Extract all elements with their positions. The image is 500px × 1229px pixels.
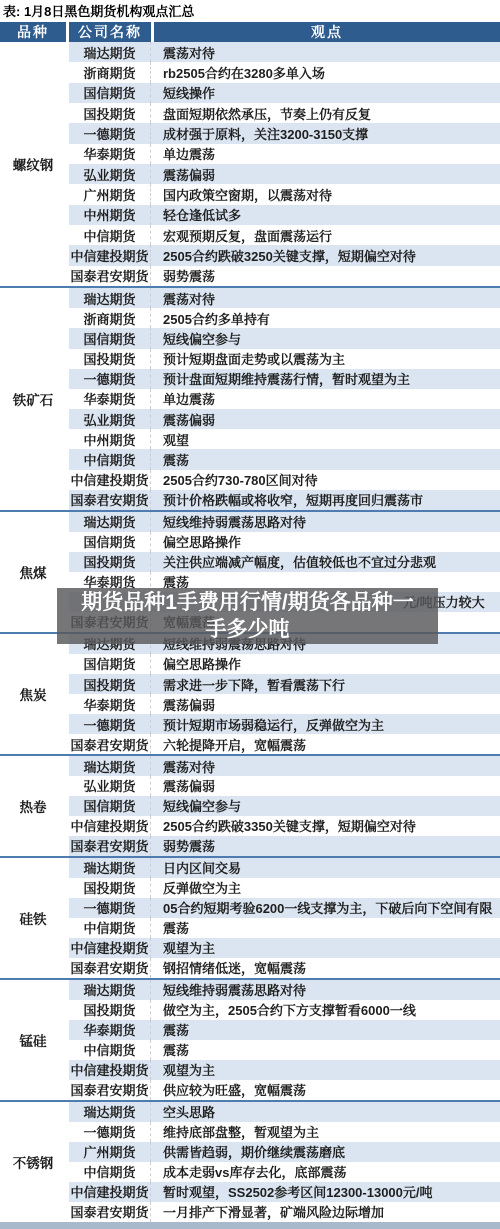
table-header: 品种 公司名称 观点 — [0, 22, 500, 42]
company-cell: 国信期货 — [69, 83, 151, 103]
company-cell: 一德期货 — [69, 1122, 151, 1142]
opinion-cell: 震荡 — [151, 1040, 500, 1060]
company-cell: 中信建投期货 — [69, 816, 151, 836]
opinion-cell: 预计盘面短期维持震荡行情，暂时观望为主 — [151, 369, 500, 389]
futures-opinion-table-image: 表: 1月8日黑色期货机构观点汇总 品种 公司名称 观点 螺纹钢瑞达期货震荡对待… — [0, 0, 500, 1229]
opinion-cell: 震荡偏弱 — [151, 409, 500, 429]
table-row: 华泰期货单边震荡 — [69, 389, 500, 409]
opinion-cell: 震荡偏弱 — [151, 776, 500, 796]
company-cell: 中信建投期货 — [69, 938, 151, 958]
company-cell: 国投期货 — [69, 349, 151, 369]
opinion-cell: 震荡对待 — [151, 42, 500, 62]
opinion-cell: 2505合约730-780区间对待 — [151, 470, 500, 490]
opinion-cell: 2505合约跌破3350关键支撑，短期偏空对待 — [151, 816, 500, 836]
variety-group: 锰硅瑞达期货短线维持弱震荡思路对待国投期货做空为主，2505合约下方支撑暂看60… — [0, 978, 500, 1100]
company-cell: 国投期货 — [69, 1000, 151, 1020]
company-cell: 中信期货 — [69, 918, 151, 938]
opinion-cell: 偏空思路操作 — [151, 654, 500, 674]
company-cell: 中信期货 — [69, 225, 151, 245]
table-row: 广州期货国内政策空窗期，以震荡对待 — [69, 184, 500, 204]
company-cell: 瑞达期货 — [69, 42, 151, 62]
table-row: 浙商期货2505合约多单持有 — [69, 308, 500, 328]
company-cell: 瑞达期货 — [69, 288, 151, 308]
table-row: 一德期货成材强于原料，关注3200-3150支撑 — [69, 123, 500, 143]
watermark-line1: 期货品种1手费用行情/期货各品种一 — [81, 589, 414, 616]
company-cell: 国信期货 — [69, 532, 151, 552]
table-row: 中信期货震荡 — [69, 1040, 500, 1060]
opinion-cell: 维持底部盘整，暂观望为主 — [151, 1122, 500, 1142]
opinion-cell: 轻仓逢低试多 — [151, 205, 500, 225]
table-row: 瑞达期货短线维持弱震荡思路对待 — [69, 980, 500, 1000]
company-cell: 中信期货 — [69, 1040, 151, 1060]
opinion-cell: 2505合约多单持有 — [151, 308, 500, 328]
opinion-cell: 预计短期市场弱稳运行，反弹做空为主 — [151, 714, 500, 734]
group-rows: 瑞达期货震荡对待浙商期货2505合约多单持有国信期货短线偏空参与国投期货预计短期… — [66, 288, 500, 510]
company-cell: 瑞达期货 — [69, 512, 151, 532]
table-row: 国投期货预计短期盘面走势或以震荡为主 — [69, 349, 500, 369]
column-header-variety: 品种 — [0, 22, 66, 42]
opinion-cell: 短线操作 — [151, 83, 500, 103]
table-row: 弘业期货震荡偏弱 — [69, 409, 500, 429]
table-row: 瑞达期货日内区间交易 — [69, 858, 500, 878]
opinion-cell: 观望为主 — [151, 938, 500, 958]
table-row: 国投期货做空为主，2505合约下方支撑暂看6000一线 — [69, 1000, 500, 1020]
table-row: 国投期货需求进一步下降，暂看震荡下行 — [69, 674, 500, 694]
opinion-cell: 震荡偏弱 — [151, 164, 500, 184]
opinion-cell: 弱势震荡 — [151, 836, 500, 856]
table-row: 中州期货轻仓逢低试多 — [69, 205, 500, 225]
variety-group: 铁矿石瑞达期货震荡对待浙商期货2505合约多单持有国信期货短线偏空参与国投期货预… — [0, 286, 500, 510]
variety-label: 不锈钢 — [0, 1102, 66, 1222]
company-cell: 华泰期货 — [69, 694, 151, 714]
opinion-cell: 日内区间交易 — [151, 858, 500, 878]
variety-label: 锰硅 — [0, 980, 66, 1100]
company-cell: 国投期货 — [69, 878, 151, 898]
opinion-cell: 盘面短期依然承压，节奏上仍有反复 — [151, 103, 500, 123]
company-cell: 中州期货 — [69, 429, 151, 449]
table-row: 瑞达期货震荡对待 — [69, 288, 500, 308]
table-row: 国泰君安期货弱势震荡 — [69, 266, 500, 286]
group-rows: 瑞达期货日内区间交易国投期货反弹做空为主一德期货05合约短期考验6200一线支撑… — [66, 858, 500, 978]
table-row: 中州期货观望 — [69, 429, 500, 449]
company-cell: 中信建投期货 — [69, 245, 151, 265]
company-cell: 中信期货 — [69, 449, 151, 469]
company-cell: 国泰君安期货 — [69, 490, 151, 510]
opinion-cell: 05合约短期考验6200一线支撑为主，下破后向下空间有限 — [151, 898, 500, 918]
variety-label: 螺纹钢 — [0, 42, 66, 286]
table-row: 中信建投期货观望为主 — [69, 1060, 500, 1080]
company-cell: 弘业期货 — [69, 409, 151, 429]
company-cell: 中信建投期货 — [69, 1182, 151, 1202]
opinion-cell: 六轮提降开启，宽幅震荡 — [151, 734, 500, 754]
table-row: 浙商期货rb2505合约在3280多单入场 — [69, 62, 500, 82]
table-row: 华泰期货单边震荡 — [69, 144, 500, 164]
company-cell: 广州期货 — [69, 1142, 151, 1162]
opinion-cell: 供应较为旺盛，宽幅震荡 — [151, 1080, 500, 1100]
table-row: 国投期货盘面短期依然承压，节奏上仍有反复 — [69, 103, 500, 123]
table-row: 广州期货供需皆趋弱，期价继续震荡磨底 — [69, 1142, 500, 1162]
variety-label: 硅铁 — [0, 858, 66, 978]
opinion-cell: 需求进一步下降，暂看震荡下行 — [151, 674, 500, 694]
group-rows: 瑞达期货空头思路一德期货维持底部盘整，暂观望为主广州期货供需皆趋弱，期价继续震荡… — [66, 1102, 500, 1222]
opinion-cell: 预计价格跌幅或将收窄，短期再度回归震荡市 — [151, 490, 500, 510]
table-row: 一德期货预计短期市场弱稳运行，反弹做空为主 — [69, 714, 500, 734]
table-row: 中信建投期货2505合约跌破3250关键支撑，短期偏空对待 — [69, 245, 500, 265]
table-row: 国泰君安期货预计价格跌幅或将收窄，短期再度回归震荡市 — [69, 490, 500, 510]
table-row: 中信建投期货观望为主 — [69, 938, 500, 958]
variety-group: 硅铁瑞达期货日内区间交易国投期货反弹做空为主一德期货05合约短期考验6200一线… — [0, 856, 500, 978]
company-cell: 国泰君安期货 — [69, 958, 151, 978]
company-cell: 瑞达期货 — [69, 1102, 151, 1122]
variety-label: 热卷 — [0, 756, 66, 856]
company-cell: 国泰君安期货 — [69, 1202, 151, 1222]
opinion-cell: 偏空思路操作 — [151, 532, 500, 552]
company-cell: 国信期货 — [69, 796, 151, 816]
company-cell: 华泰期货 — [69, 144, 151, 164]
company-cell: 一德期货 — [69, 369, 151, 389]
table-row: 瑞达期货短线维持弱震荡思路对待 — [69, 512, 500, 532]
opinion-cell: 震荡 — [151, 1020, 500, 1040]
opinion-cell: 2505合约跌破3250关键支撑，短期偏空对待 — [151, 245, 500, 265]
company-cell: 国投期货 — [69, 103, 151, 123]
table-row: 国信期货短线操作 — [69, 83, 500, 103]
variety-group: 焦炭瑞达期货短线维持弱震荡思路对待国信期货偏空思路操作国投期货需求进一步下降，暂… — [0, 632, 500, 754]
company-cell: 中信建投期货 — [69, 470, 151, 490]
variety-label: 铁矿石 — [0, 288, 66, 510]
company-cell: 浙商期货 — [69, 308, 151, 328]
table-row: 国泰君安期货一月排产下滑显著，矿端风险边际增加 — [69, 1202, 500, 1222]
opinion-cell: rb2505合约在3280多单入场 — [151, 62, 500, 82]
opinion-cell: 成本走弱vs库存去化，底部震荡 — [151, 1162, 500, 1182]
company-cell: 华泰期货 — [69, 1020, 151, 1040]
table-row: 弘业期货震荡偏弱 — [69, 776, 500, 796]
opinion-cell: 一月排产下滑显著，矿端风险边际增加 — [151, 1202, 500, 1222]
table-row: 国投期货反弹做空为主 — [69, 878, 500, 898]
opinion-cell: 反弹做空为主 — [151, 878, 500, 898]
company-cell: 浙商期货 — [69, 62, 151, 82]
variety-label: 焦炭 — [0, 634, 66, 754]
company-cell: 国信期货 — [69, 328, 151, 348]
table-row: 中信期货宏观预期反复，盘面震荡运行 — [69, 225, 500, 245]
table-row: 国投期货关注供应端减产幅度，估值较低也不宜过分悲观 — [69, 552, 500, 572]
watermark-line2: 手多少吨 — [206, 616, 290, 643]
opinion-cell: 短线偏空参与 — [151, 796, 500, 816]
table-row: 国泰君安期货钢招情绪低迷，宽幅震荡 — [69, 958, 500, 978]
company-cell: 国信期货 — [69, 654, 151, 674]
opinion-cell: 关注供应端减产幅度，估值较低也不宜过分悲观 — [151, 552, 500, 572]
opinion-cell: 震荡对待 — [151, 756, 500, 776]
opinion-cell: 观望 — [151, 429, 500, 449]
table-title: 表: 1月8日黑色期货机构观点汇总 — [0, 0, 500, 22]
group-rows: 瑞达期货震荡对待浙商期货rb2505合约在3280多单入场国信期货短线操作国投期… — [66, 42, 500, 286]
company-cell: 一德期货 — [69, 714, 151, 734]
company-cell: 瑞达期货 — [69, 858, 151, 878]
opinion-cell: 预计短期盘面走势或以震荡为主 — [151, 349, 500, 369]
table-row: 国信期货短线偏空参与 — [69, 328, 500, 348]
opinion-cell: 单边震荡 — [151, 144, 500, 164]
company-cell: 国投期货 — [69, 674, 151, 694]
table-row: 中信建投期货2505合约730-780区间对待 — [69, 470, 500, 490]
opinion-cell: 震荡偏弱 — [151, 694, 500, 714]
variety-group: 螺纹钢瑞达期货震荡对待浙商期货rb2505合约在3280多单入场国信期货短线操作… — [0, 42, 500, 286]
opinion-cell: 钢招情绪低迷，宽幅震荡 — [151, 958, 500, 978]
column-header-opinion: 观点 — [154, 22, 500, 42]
table-row: 国泰君安期货弱势震荡 — [69, 836, 500, 856]
opinion-cell: 震荡 — [151, 918, 500, 938]
variety-group: 热卷瑞达期货震荡对待弘业期货震荡偏弱国信期货短线偏空参与中信建投期货2505合约… — [0, 754, 500, 856]
opinion-cell: 宏观预期反复，盘面震荡运行 — [151, 225, 500, 245]
company-cell: 弘业期货 — [69, 776, 151, 796]
table-row: 中信建投期货2505合约跌破3350关键支撑，短期偏空对待 — [69, 816, 500, 836]
variety-group: 不锈钢瑞达期货空头思路一德期货维持底部盘整，暂观望为主广州期货供需皆趋弱，期价继… — [0, 1100, 500, 1222]
table-row: 中信期货震荡 — [69, 449, 500, 469]
company-cell: 国泰君安期货 — [69, 1080, 151, 1100]
opinion-cell: 震荡 — [151, 449, 500, 469]
table-row: 国信期货短线偏空参与 — [69, 796, 500, 816]
table-row: 一德期货维持底部盘整，暂观望为主 — [69, 1122, 500, 1142]
opinion-cell: 空头思路 — [151, 1102, 500, 1122]
group-rows: 瑞达期货短线维持弱震荡思路对待国投期货做空为主，2505合约下方支撑暂看6000… — [66, 980, 500, 1100]
opinion-cell: 做空为主，2505合约下方支撑暂看6000一线 — [151, 1000, 500, 1020]
company-cell: 中信期货 — [69, 1162, 151, 1182]
table-row: 国信期货偏空思路操作 — [69, 532, 500, 552]
company-cell: 中州期货 — [69, 205, 151, 225]
table-row: 瑞达期货空头思路 — [69, 1102, 500, 1122]
company-cell: 国投期货 — [69, 552, 151, 572]
company-cell: 国泰君安期货 — [69, 734, 151, 754]
table-row: 一德期货预计盘面短期维持震荡行情，暂时观望为主 — [69, 369, 500, 389]
table-row: 瑞达期货震荡对待 — [69, 756, 500, 776]
opinion-cell: 短线维持弱震荡思路对待 — [151, 512, 500, 532]
table-row: 国信期货偏空思路操作 — [69, 654, 500, 674]
table-row: 中信期货成本走弱vs库存去化，底部震荡 — [69, 1162, 500, 1182]
company-cell: 中信建投期货 — [69, 1060, 151, 1080]
company-cell: 一德期货 — [69, 898, 151, 918]
table-row: 瑞达期货震荡对待 — [69, 42, 500, 62]
company-cell: 华泰期货 — [69, 389, 151, 409]
company-cell: 广州期货 — [69, 184, 151, 204]
company-cell: 一德期货 — [69, 123, 151, 143]
opinion-cell: 短线偏空参与 — [151, 328, 500, 348]
table-row: 华泰期货震荡 — [69, 1020, 500, 1040]
company-cell: 瑞达期货 — [69, 756, 151, 776]
opinion-cell: 短线维持弱震荡思路对待 — [151, 980, 500, 1000]
table-row: 中信期货震荡 — [69, 918, 500, 938]
bottom-partial-bar — [0, 1222, 500, 1229]
table-row: 中信建投期货暂时观望，SS2502参考区间12300-13000元/吨 — [69, 1182, 500, 1202]
opinion-cell: 暂时观望，SS2502参考区间12300-13000元/吨 — [151, 1182, 500, 1202]
opinion-cell: 弱势震荡 — [151, 266, 500, 286]
company-cell: 瑞达期货 — [69, 980, 151, 1000]
watermark-overlay: 期货品种1手费用行情/期货各品种一 手多少吨 — [57, 588, 438, 644]
company-cell: 国泰君安期货 — [69, 836, 151, 856]
table-row: 国泰君安期货六轮提降开启，宽幅震荡 — [69, 734, 500, 754]
opinion-cell: 观望为主 — [151, 1060, 500, 1080]
group-rows: 瑞达期货震荡对待弘业期货震荡偏弱国信期货短线偏空参与中信建投期货2505合约跌破… — [66, 756, 500, 856]
group-rows: 瑞达期货短线维持弱震荡思路对待国信期货偏空思路操作国投期货需求进一步下降，暂看震… — [66, 634, 500, 754]
opinion-cell: 单边震荡 — [151, 389, 500, 409]
opinion-cell: 国内政策空窗期，以震荡对待 — [151, 184, 500, 204]
column-header-company: 公司名称 — [69, 22, 151, 42]
opinion-cell: 供需皆趋弱，期价继续震荡磨底 — [151, 1142, 500, 1162]
table-row: 一德期货05合约短期考验6200一线支撑为主，下破后向下空间有限 — [69, 898, 500, 918]
table-row: 国泰君安期货供应较为旺盛，宽幅震荡 — [69, 1080, 500, 1100]
opinion-cell: 震荡对待 — [151, 288, 500, 308]
table-row: 华泰期货震荡偏弱 — [69, 694, 500, 714]
opinion-cell: 成材强于原料，关注3200-3150支撑 — [151, 123, 500, 143]
company-cell: 弘业期货 — [69, 164, 151, 184]
table-row: 弘业期货震荡偏弱 — [69, 164, 500, 184]
company-cell: 国泰君安期货 — [69, 266, 151, 286]
